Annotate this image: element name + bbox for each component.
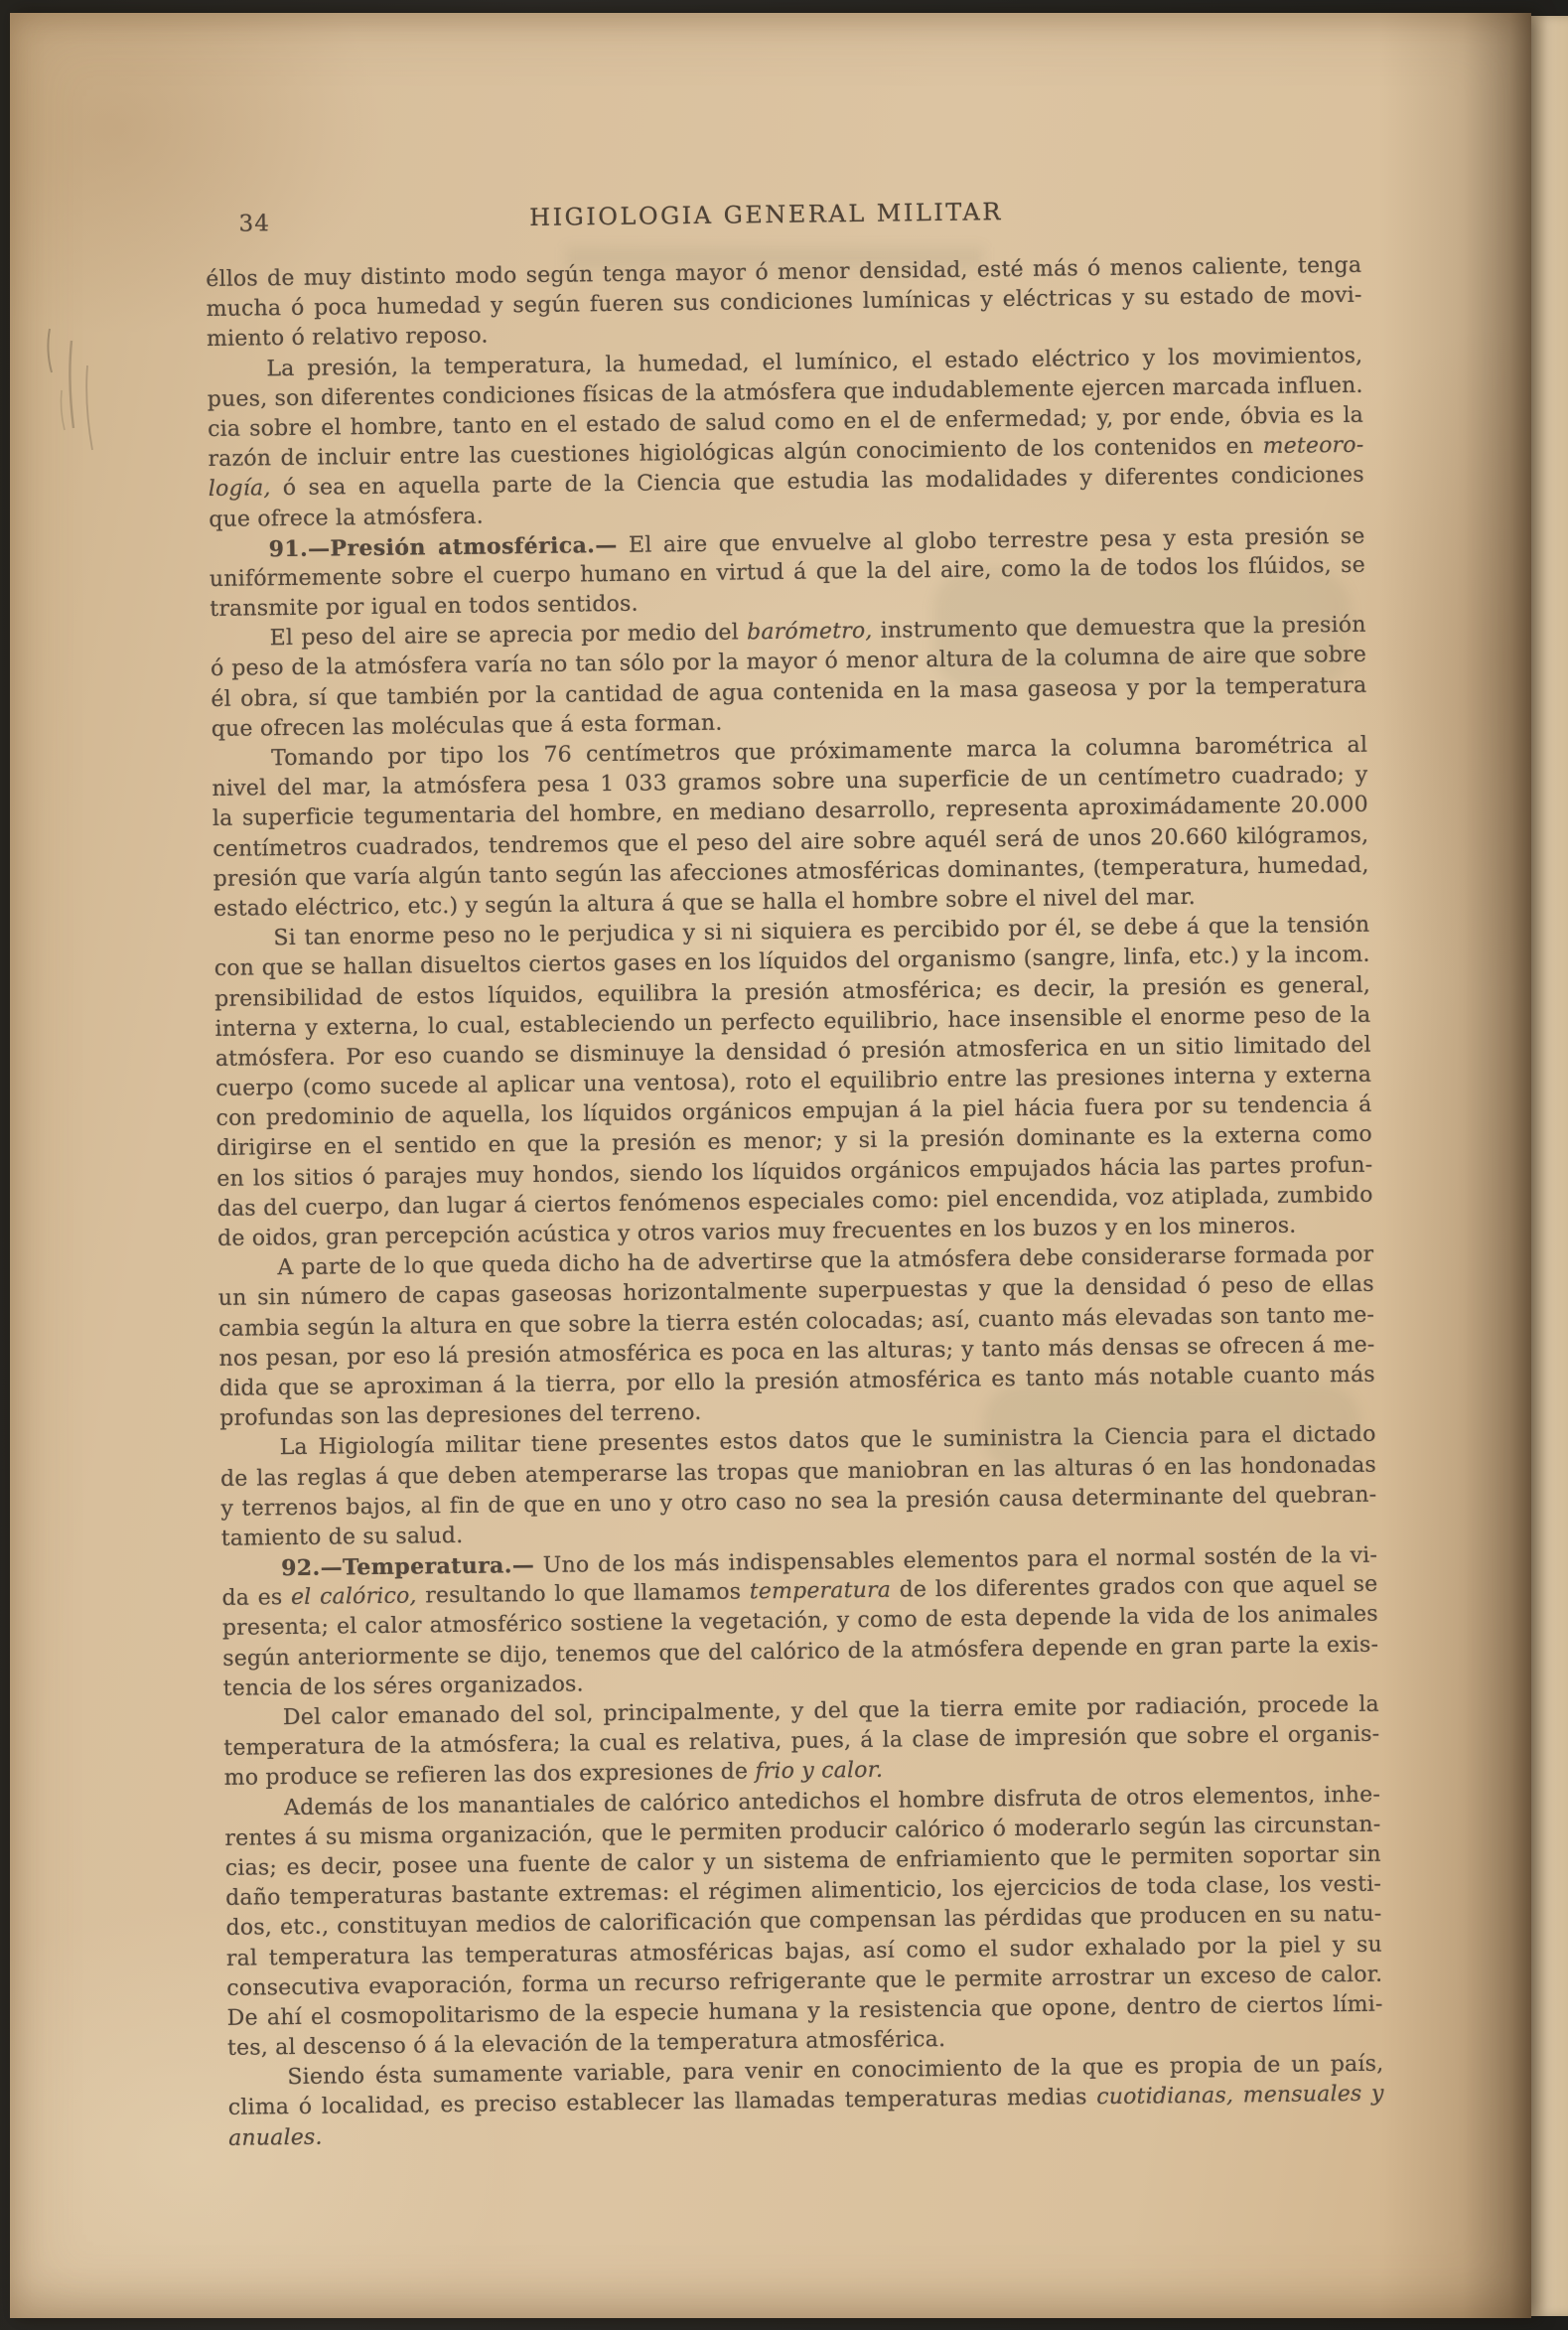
page-paper: 34 HIGIOLOGIA GENERAL MILITAR éllos de m… [10,13,1531,2318]
page-number: 34 [238,211,270,236]
page-title: HIGIOLOGIA GENERAL MILITAR [205,194,1360,235]
margin-pen-marks [38,311,117,480]
scanned-book-page: 34 HIGIOLOGIA GENERAL MILITAR éllos de m… [0,0,1568,2330]
text-block: éllos de muy distinto modo según tenga m… [206,251,1384,2154]
running-header: 34 HIGIOLOGIA GENERAL MILITAR [205,194,1360,249]
